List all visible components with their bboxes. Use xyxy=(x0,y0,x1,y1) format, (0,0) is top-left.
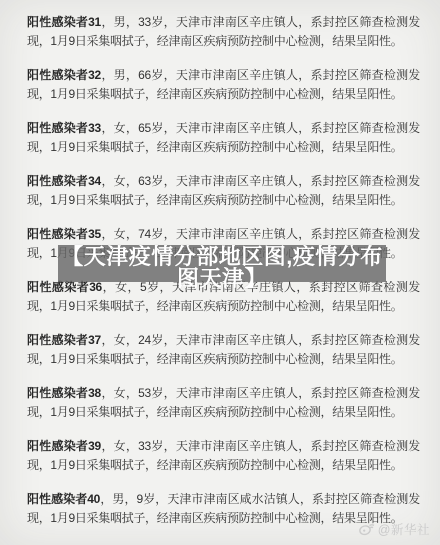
weibo-eye-icon xyxy=(358,522,375,536)
case-paragraph: 阳性感染者38，女，53岁，天津市津南区辛庄镇人，系封控区筛查检测发现，1月9日… xyxy=(27,384,420,422)
case-label: 阳性感染者34 xyxy=(27,174,101,188)
case-paragraph: 阳性感染者31，男，33岁，天津市津南区辛庄镇人，系封控区筛查检测发现，1月9日… xyxy=(27,13,420,51)
case-label: 阳性感染者31 xyxy=(27,15,101,29)
page-title: 【天津疫情分部地区图,疫情分布 图天津】 xyxy=(58,246,386,290)
case-label: 阳性感染者40 xyxy=(27,492,100,506)
watermark: @新华社 xyxy=(358,520,430,538)
case-paragraph: 阳性感染者34，女，63岁，天津市津南区辛庄镇人，系封控区筛查检测发现，1月9日… xyxy=(27,172,420,210)
case-label: 阳性感染者32 xyxy=(27,68,101,82)
page-title-line1: 【天津疫情分部地区图,疫情分布 xyxy=(58,246,386,268)
case-label: 阳性感染者35 xyxy=(27,227,101,241)
case-label: 阳性感染者33 xyxy=(27,121,101,135)
watermark-text: @新华社 xyxy=(378,520,430,538)
case-label: 阳性感染者38 xyxy=(27,386,101,400)
case-report-page: 阳性感染者31，男，33岁，天津市津南区辛庄镇人，系封控区筛查检测发现，1月9日… xyxy=(0,0,440,545)
case-paragraph: 阳性感染者32，男，66岁，天津市津南区辛庄镇人，系封控区筛查检测发现，1月9日… xyxy=(27,66,420,104)
case-label: 阳性感染者37 xyxy=(27,333,101,347)
case-paragraph: 阳性感染者37，女，24岁，天津市津南区辛庄镇人，系封控区筛查检测发现，1月9日… xyxy=(27,331,420,369)
case-paragraph: 阳性感染者39，女，33岁，天津市津南区辛庄镇人，系封控区筛查检测发现，1月9日… xyxy=(27,437,420,475)
page-title-line2: 图天津】 xyxy=(58,268,386,290)
case-label: 阳性感染者39 xyxy=(27,439,101,453)
case-paragraph: 阳性感染者33，女，65岁，天津市津南区辛庄镇人，系封控区筛查检测发现，1月9日… xyxy=(27,119,420,157)
